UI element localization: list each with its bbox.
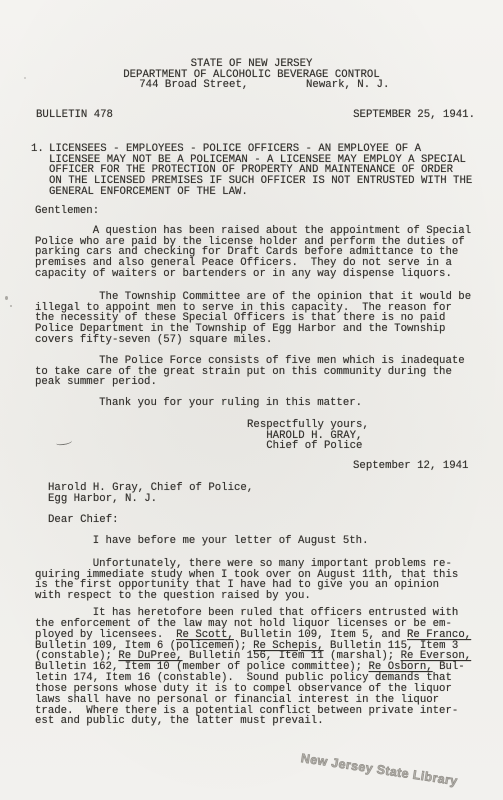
item-number: 1. bbox=[31, 144, 44, 198]
scan-speck bbox=[5, 296, 8, 300]
agency-letterhead: STATE OF NEW JERSEY DEPARTMENT OF ALCOHO… bbox=[9, 59, 494, 91]
letter1-paragraph-1: A question has been raised about the app… bbox=[35, 226, 471, 280]
letter1-paragraph-2: The Township Committee are of the opinio… bbox=[35, 292, 471, 346]
letter1-signature-block: Respectfully yours, HAROLD H. GRAY, Chie… bbox=[247, 420, 369, 452]
scan-speck bbox=[24, 77, 26, 79]
bulletin-date: SEPTEMBER 25, 1941. bbox=[353, 110, 475, 121]
item-1-heading-block: 1. LICENSEES - EMPLOYEES - POLICE OFFICE… bbox=[31, 144, 472, 198]
letter2-date: September 12, 1941 bbox=[353, 461, 468, 472]
letter2-paragraph-1: I have before me your letter of August 5… bbox=[35, 536, 369, 547]
salutation-gentlemen: Gentlemen: bbox=[35, 206, 99, 217]
pen-mark bbox=[56, 438, 73, 446]
library-stamp: New Jersey State Library bbox=[300, 751, 459, 788]
scan-speck bbox=[10, 305, 12, 307]
letter1-paragraph-3: The Police Force consists of five men wh… bbox=[35, 356, 465, 388]
bulletin-page: STATE OF NEW JERSEY DEPARTMENT OF ALCOHO… bbox=[0, 0, 503, 800]
salutation-dear-chief: Dear Chief: bbox=[48, 515, 119, 526]
letter2-paragraph-2: Unfortunately, there were so many import… bbox=[35, 559, 458, 602]
bulletin-number: BULLETIN 478 bbox=[36, 110, 113, 121]
bulletin-title-row: BULLETIN 478 SEPTEMBER 25, 1941. bbox=[36, 110, 475, 121]
letter2-paragraph-citations: It has heretofore been ruled that office… bbox=[35, 608, 471, 727]
letter2-address-block: Harold H. Gray, Chief of Police, Egg Har… bbox=[48, 483, 253, 504]
letter1-paragraph-4: Thank you for your ruling in this matter… bbox=[35, 398, 362, 409]
item-heading: LICENSEES - EMPLOYEES - POLICE OFFICERS … bbox=[49, 144, 472, 198]
